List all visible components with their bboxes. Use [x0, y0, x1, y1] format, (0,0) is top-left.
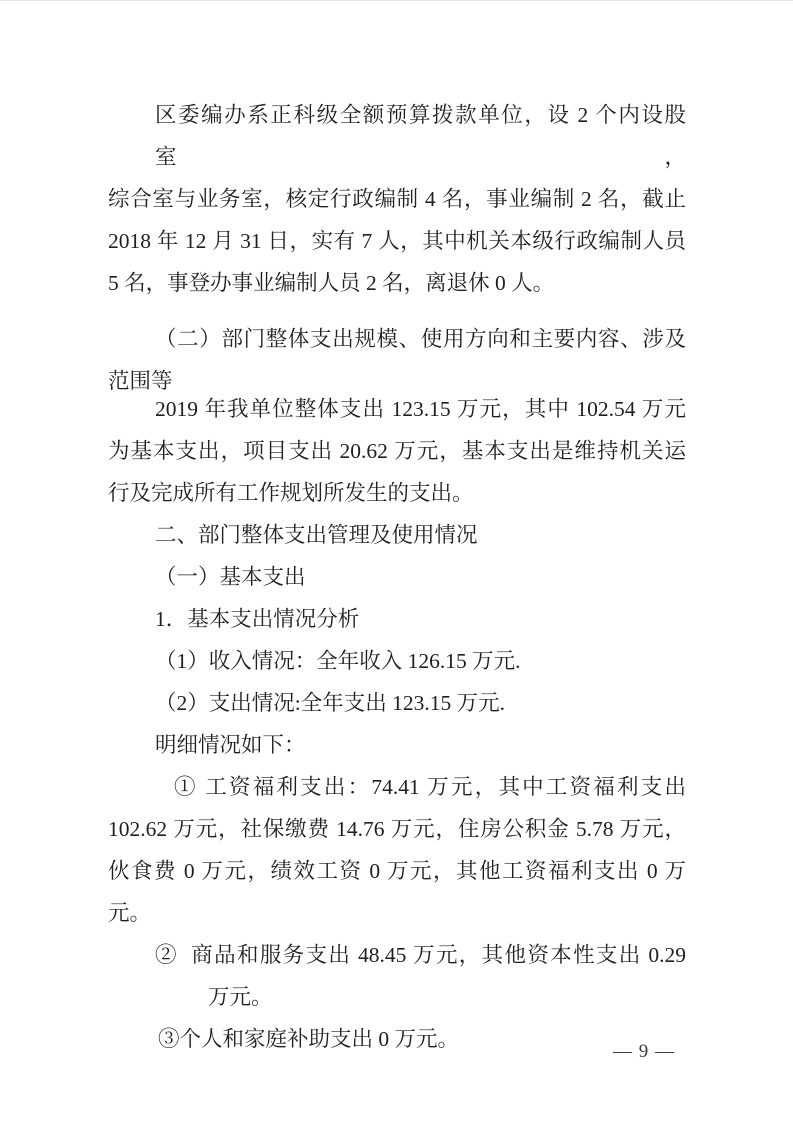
section-heading-line: 1．基本支出情况分析: [108, 598, 686, 640]
section-heading-line: 二、部门整体支出管理及使用情况: [108, 514, 686, 556]
list-item-line: （2）支出情况:全年支出 123.15 万元.: [108, 682, 686, 724]
list-item-line: 102.62 万元，社保缴费 14.76 万元，住房公积金 5.78 万元，: [108, 808, 686, 850]
text-line: 5 名，事登办事业编制人员 2 名，离退休 0 人。: [108, 262, 686, 304]
section-heading-line: （二）部门整体支出规模、使用方向和主要内容、涉及: [108, 318, 686, 360]
text-line: 明细情况如下：: [108, 724, 686, 766]
text-line: 行及完成所有工作规划所发生的支出。: [108, 472, 686, 514]
list-item-line: ① 工资福利支出：74.41 万元，其中工资福利支出: [108, 766, 686, 808]
list-item-line: ② 商品和服务支出 48.45 万元，其他资本性支出 0.29: [108, 934, 686, 976]
page-number: — 9 —: [613, 1041, 675, 1063]
list-item-line: （1）收入情况：全年收入 126.15 万元.: [108, 640, 686, 682]
text-line: 综合室与业务室，核定行政编制 4 名，事业编制 2 名，截止: [108, 178, 686, 220]
list-item-line: 元。: [108, 892, 686, 934]
text-line: 为基本支出，项目支出 20.62 万元，基本支出是维持机关运: [108, 430, 686, 472]
text-line: 2019 年我单位整体支出 123.15 万元，其中 102.54 万元: [108, 388, 686, 430]
list-item-line: ③个人和家庭补助支出 0 万元。: [108, 1018, 686, 1060]
list-item-line: 伙食费 0 万元，绩效工资 0 万元，其他工资福利支出 0 万: [108, 850, 686, 892]
list-item-line: 万元。: [108, 976, 686, 1018]
document-body: 区委编办系正科级全额预算拨款单位，设 2 个内设股室， 综合室与业务室，核定行政…: [108, 94, 686, 1060]
section-heading-line: （一）基本支出: [108, 556, 686, 598]
document-page: 区委编办系正科级全额预算拨款单位，设 2 个内设股室， 综合室与业务室，核定行政…: [0, 0, 793, 1122]
text-line: 区委编办系正科级全额预算拨款单位，设 2 个内设股室，: [108, 94, 686, 178]
text-line: 2018 年 12 月 31 日，实有 7 人，其中机关本级行政编制人员: [108, 220, 686, 262]
